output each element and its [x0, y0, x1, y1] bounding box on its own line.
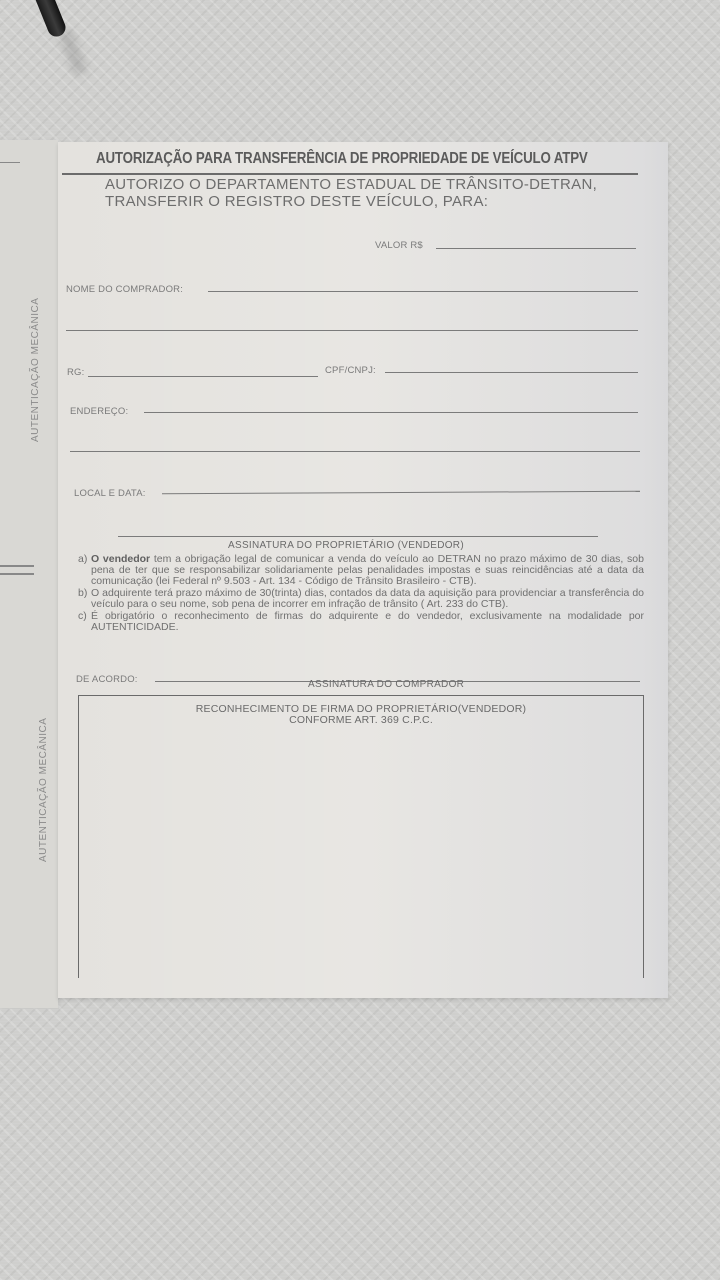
nome-comprador-label: NOME DO COMPRADOR: — [66, 284, 183, 295]
assinatura-comprador-label: ASSINATURA DO COMPRADOR — [308, 679, 464, 690]
stub-rule — [0, 565, 34, 567]
valor-label: VALOR R$ — [375, 240, 423, 251]
reconhecimento-firma-box[interactable]: RECONHECIMENTO DE FIRMA DO PROPRIETÁRIO(… — [78, 695, 644, 978]
rg-field[interactable] — [88, 376, 318, 377]
atpv-form: AUTORIZAÇÃO PARA TRANSFERÊNCIA DE PROPRI… — [58, 142, 668, 998]
title-rule — [62, 173, 638, 175]
rg-label: RG: — [67, 367, 85, 378]
assinatura-vendedor-label: ASSINATURA DO PROPRIETÁRIO (VENDEDOR) — [228, 540, 464, 551]
note-c: c)É obrigatório o reconhecimento de firm… — [78, 611, 644, 633]
endereco-field-line-2[interactable] — [70, 451, 640, 452]
stub-label-bottom: AUTENTICAÇÃO MECÂNICA — [38, 718, 49, 862]
endereco-label: ENDEREÇO: — [70, 406, 128, 417]
pen-tip — [30, 0, 68, 39]
assinatura-vendedor-line[interactable] — [118, 536, 598, 537]
stub-label-top: AUTENTICAÇÃO MECÂNICA — [30, 298, 41, 442]
valor-field[interactable] — [436, 248, 636, 249]
local-data-field[interactable] — [162, 491, 640, 495]
stub-rule — [0, 573, 34, 575]
nome-comprador-field[interactable] — [208, 291, 638, 292]
subtitle-line-2: TRANSFERIR O REGISTRO DESTE VEÍCULO, PAR… — [105, 193, 597, 210]
note-a: a)O vendedor tem a obrigação legal de co… — [78, 554, 644, 587]
form-subtitle: AUTORIZO O DEPARTAMENTO ESTADUAL DE TRÂN… — [105, 176, 597, 210]
endereco-field[interactable] — [144, 412, 638, 413]
subtitle-line-1: AUTORIZO O DEPARTAMENTO ESTADUAL DE TRÂN… — [105, 176, 597, 193]
reconhecimento-firma-title: RECONHECIMENTO DE FIRMA DO PROPRIETÁRIO(… — [79, 704, 643, 726]
local-data-label: LOCAL E DATA: — [74, 488, 146, 499]
pen-shadow — [58, 29, 88, 76]
de-acordo-label: DE ACORDO: — [76, 674, 138, 685]
cpf-cnpj-label: CPF/CNPJ: — [325, 365, 376, 376]
stub-rule — [0, 162, 20, 163]
note-b: b)O adquirente terá prazo máximo de 30(t… — [78, 588, 644, 610]
nome-comprador-field-line-2[interactable] — [66, 330, 638, 331]
form-title: AUTORIZAÇÃO PARA TRANSFERÊNCIA DE PROPRI… — [96, 150, 588, 168]
left-stub: AUTENTICAÇÃO MECÂNICA AUTENTICAÇÃO MECÂN… — [0, 140, 58, 1008]
legal-notes: a)O vendedor tem a obrigação legal de co… — [78, 554, 644, 634]
cpf-cnpj-field[interactable] — [385, 372, 638, 373]
